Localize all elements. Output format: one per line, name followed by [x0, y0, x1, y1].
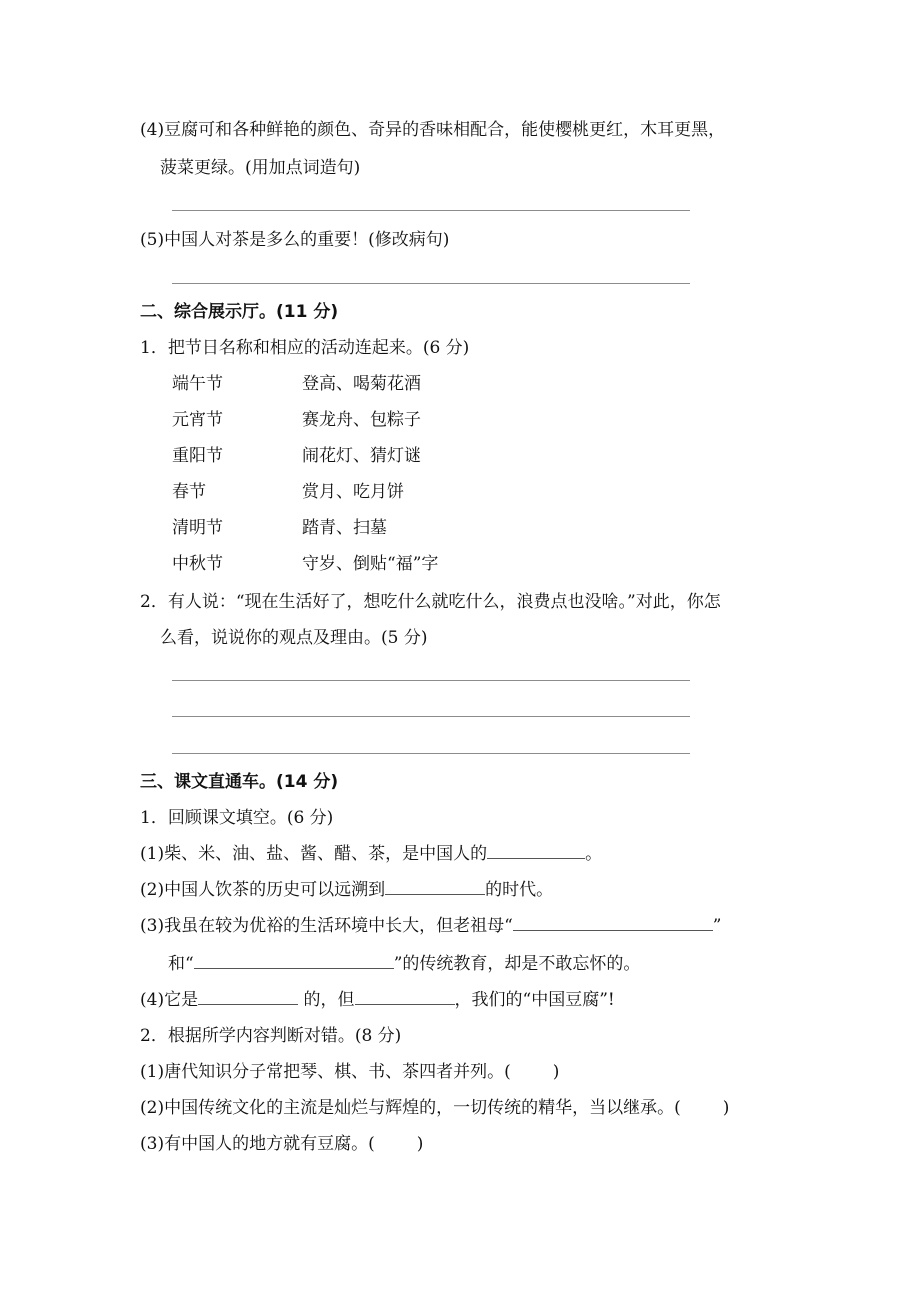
activity-3[interactable]: 闹花灯、猜灯谜: [302, 444, 421, 468]
answer-line-q4[interactable]: [172, 210, 690, 211]
blank-4a[interactable]: [198, 988, 298, 1005]
festival-4[interactable]: 春节: [172, 480, 206, 504]
fill-item-2-end: 的时代。: [485, 880, 553, 900]
answer-line-q5[interactable]: [172, 283, 690, 284]
festival-3[interactable]: 重阳节: [172, 444, 223, 468]
section3-heading: 三、课文直通车。(14 分): [140, 770, 338, 794]
fill-item-2: (2)中国人饮茶的历史可以远溯到的时代。: [140, 878, 553, 902]
activity-2[interactable]: 赛龙舟、包粽子: [302, 408, 421, 432]
answer-line-1[interactable]: [172, 680, 690, 681]
fill-item-3-text: (3)我虽在较为优裕的生活环境中长大，但老祖母“: [140, 916, 513, 936]
fill-item-3-close-quote: ”: [713, 916, 722, 936]
blank-3b[interactable]: [194, 952, 394, 969]
blank-1[interactable]: [487, 842, 585, 859]
fill-item-3-line2-end: ”的传统教育，却是不敢忘怀的。: [394, 954, 641, 974]
activity-6[interactable]: 守岁、倒贴“福”字: [302, 552, 438, 576]
judge-item-2: (2)中国传统文化的主流是灿烂与辉煌的，一切传统的精华，当以继承。(): [140, 1096, 729, 1120]
fill-item-1: (1)柴、米、油、盐、酱、醋、茶，是中国人的。: [140, 842, 602, 866]
blank-3a[interactable]: [513, 914, 713, 931]
activity-4[interactable]: 赏月、吃月饼: [302, 480, 404, 504]
judge-item-1-text: (1)唐代知识分子常把琴、棋、书、茶四者并列。(: [140, 1062, 511, 1082]
question-5: (5)中国人对茶是多么的重要！(修改病句): [140, 228, 449, 252]
judge-item-3-close: ): [417, 1134, 424, 1154]
judge-item-3: (3)有中国人的地方就有豆腐。(): [140, 1132, 423, 1156]
section2-q2-line2: 么看，说说你的观点及理由。(5 分): [160, 626, 427, 650]
judge-item-2-close: ): [723, 1098, 730, 1118]
judge-item-1-close: ): [553, 1062, 560, 1082]
blank-2[interactable]: [385, 878, 485, 895]
answer-line-2[interactable]: [172, 716, 690, 717]
fill-item-3-line2: 和“”的传统教育，却是不敢忘怀的。: [168, 952, 640, 976]
fill-item-3: (3)我虽在较为优裕的生活环境中长大，但老祖母“”: [140, 914, 721, 938]
question-4-line2: 菠菜更绿。(用加点词造句): [160, 156, 360, 180]
activity-5[interactable]: 踏青、扫墓: [302, 516, 387, 540]
festival-6[interactable]: 中秋节: [172, 552, 223, 576]
fill-item-4-b: 的，但: [298, 990, 354, 1010]
question-4-line1: (4)豆腐可和各种鲜艳的颜色、奇异的香味相配合，能使樱桃更红，木耳更黑，: [140, 118, 725, 142]
fill-item-4: (4)它是 的，但，我们的“中国豆腐”!: [140, 988, 615, 1012]
fill-item-2-text: (2)中国人饮茶的历史可以远溯到: [140, 880, 385, 900]
blank-4b[interactable]: [355, 988, 455, 1005]
fill-item-1-text: (1)柴、米、油、盐、酱、醋、茶，是中国人的: [140, 844, 487, 864]
section3-q2-prompt: 2．根据所学内容判断对错。(8 分): [140, 1024, 401, 1048]
fill-item-3-line2-text: 和“: [168, 954, 194, 974]
judge-item-3-text: (3)有中国人的地方就有豆腐。(: [140, 1134, 375, 1154]
fill-item-4-c: ，我们的“中国豆腐”!: [455, 990, 615, 1010]
festival-5[interactable]: 清明节: [172, 516, 223, 540]
judge-item-1: (1)唐代知识分子常把琴、棋、书、茶四者并列。(): [140, 1060, 559, 1084]
section2-q1-prompt: 1．把节日名称和相应的活动连起来。(6 分): [140, 336, 469, 360]
section2-heading: 二、综合展示厅。(11 分): [140, 300, 338, 324]
judge-item-2-text: (2)中国传统文化的主流是灿烂与辉煌的，一切传统的精华，当以继承。(: [140, 1098, 681, 1118]
fill-item-4-a: (4)它是: [140, 990, 198, 1010]
activity-1[interactable]: 登高、喝菊花酒: [302, 372, 421, 396]
festival-1[interactable]: 端午节: [172, 372, 223, 396]
answer-line-3[interactable]: [172, 753, 690, 754]
festival-2[interactable]: 元宵节: [172, 408, 223, 432]
section3-q1-prompt: 1．回顾课文填空。(6 分): [140, 806, 333, 830]
section2-q2-line1: 2．有人说：“现在生活好了，想吃什么就吃什么，浪费点也没啥。”对此，你怎: [140, 590, 721, 614]
fill-item-1-end: 。: [585, 844, 602, 864]
